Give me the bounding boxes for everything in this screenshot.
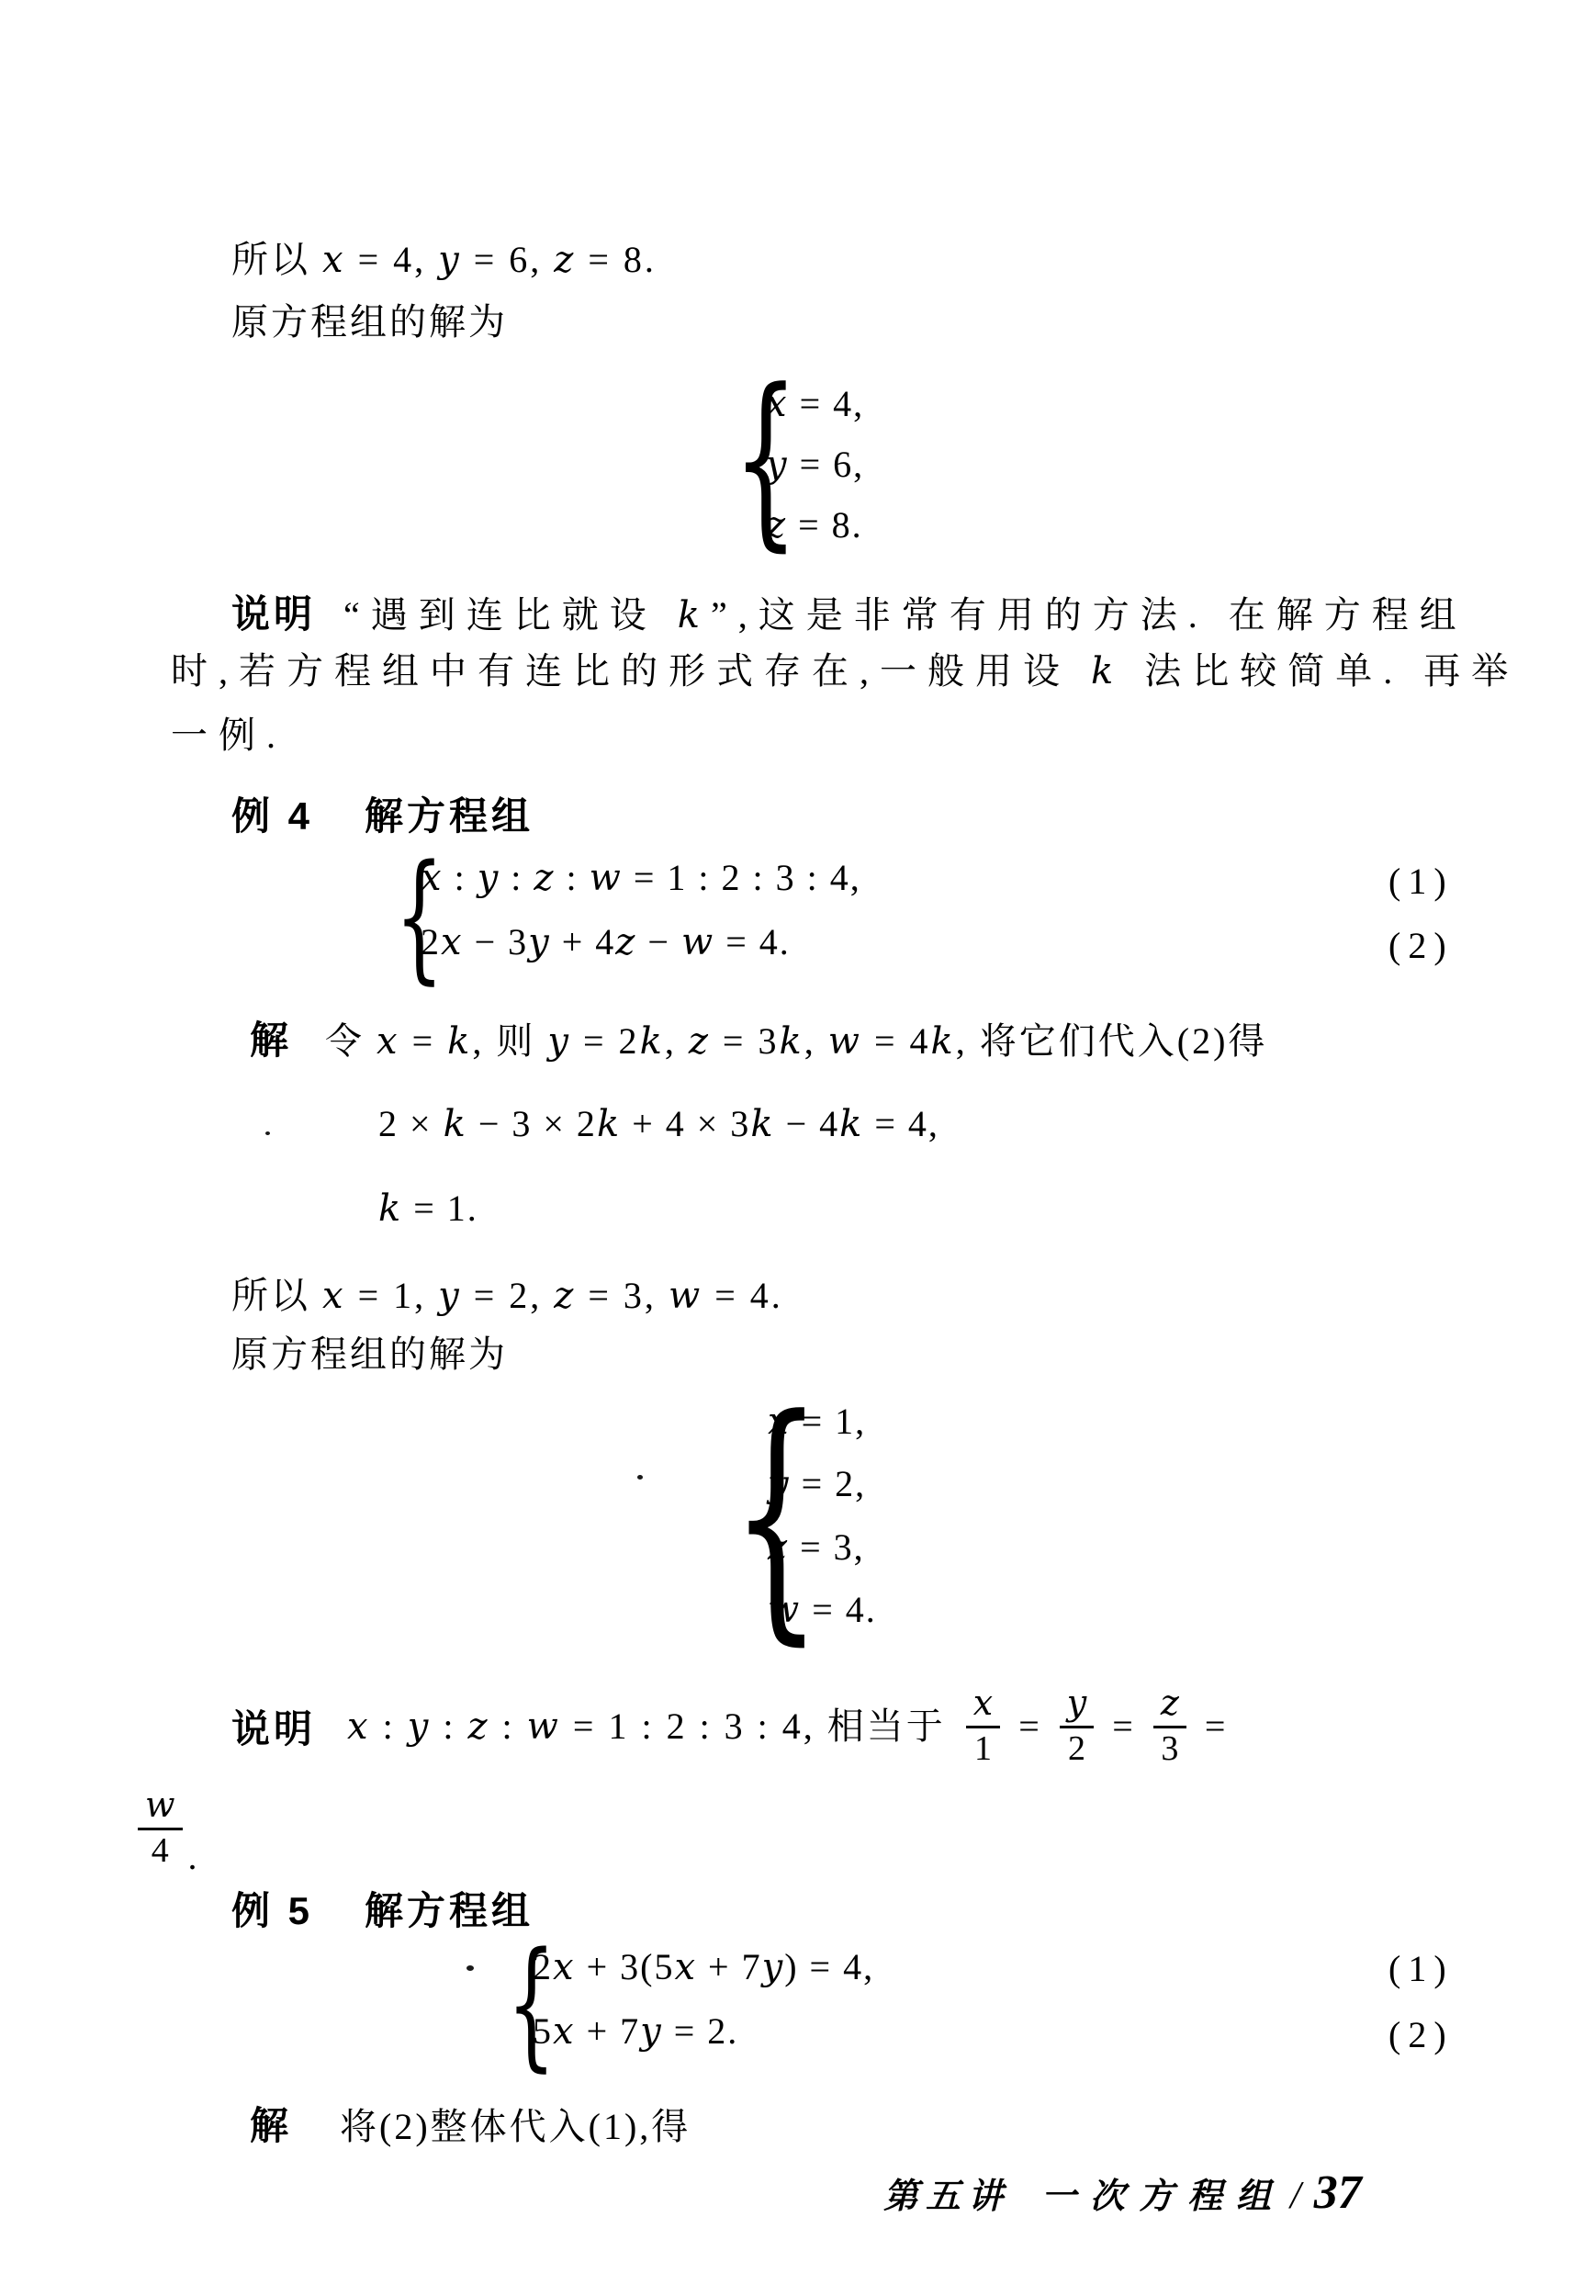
system-row: z = 3, [768,1525,865,1570]
note-label: 说明 [231,584,316,639]
equation-row: 2x + 3(5x + 7y) = 4, [533,1945,874,1989]
equals-sign: = [1018,1705,1041,1749]
solve-text: 将(2)整体代入(1),得 [340,2104,691,2150]
note-paragraph-line2: 时,若方程组中有连比的形式存在,一般用设 k 法比较简单. 再举 [171,648,1519,694]
page-footer: 第五讲 一次方程组 / 37 [883,2166,1362,2220]
example4-title: 解方程组 [365,786,534,841]
example4-heading: 例 4 解方程组 [231,786,534,841]
note-text: “遇到连比就设 k”,这是非常有用的方法. 在解方程组 [343,592,1467,638]
footer-separator: / [1290,2174,1301,2218]
fraction-y-over-2: y 2 [1060,1685,1094,1768]
ratio-continuation-line: w 4 . [138,1778,199,1879]
solution-step-line: 解 令 x = k, 则 y = 2k, z = 3k, w = 4k, 将它们… [250,1010,1267,1065]
equation-row: x : y : z : w = 1 : 2 : 3 : 4, [421,856,861,900]
solution-intro-line: 原方程组的解为 [231,299,508,345]
scan-speck [637,1475,643,1480]
solution-line-xyz: 所以 x = 4, y = 6, z = 8. [231,237,657,283]
equals-sign: = [1205,1705,1228,1749]
note-paragraph-line1: 说明 “遇到连比就设 k”,这是非常有用的方法. 在解方程组 [231,584,1467,639]
fraction-denominator: 4 [138,1830,183,1870]
k-result-equation: k = 1. [378,1187,478,1231]
equation-number: (1) [1388,860,1454,903]
footer-title: 一次方程组 [1041,2167,1285,2218]
solution-intro-line: 原方程组的解为 [231,1332,508,1378]
system-row: y = 6, [766,443,864,487]
fraction-denominator: 1 [966,1728,1000,1768]
ratio-text: x : y : z : w = 1 : 2 : 3 : 4, 相当于 [347,1704,946,1750]
fraction-x-over-1: x 1 [966,1685,1000,1768]
scanned-textbook-page: 所以 x = 4, y = 6, z = 8. 原方程组的解为 { x = 4,… [0,0,1596,2296]
system-row: z = 8. [766,503,863,547]
solve-label: 解 [250,2096,292,2151]
equation-row: 5x + 7y = 2. [533,2009,738,2054]
substitution-equation: 2 × k − 3 × 2k + 4 × 3k − 4k = 4, [378,1102,939,1146]
note-label: 说明 [231,1699,316,1754]
example5-heading: 例 5 解方程组 [231,1881,534,1936]
fraction-numerator: y [1060,1685,1094,1728]
equation-number: (2) [1388,924,1454,967]
solution-line-xyzw: 所以 x = 1, y = 2, z = 3, w = 4. [231,1273,783,1319]
system-row: x = 1, [768,1400,866,1444]
system-row: y = 2, [768,1462,866,1506]
note-paragraph-line3: 一例. [171,713,287,759]
fraction-numerator: x [966,1685,1000,1728]
fraction-denominator: 3 [1153,1728,1186,1768]
fraction-w-over-4: w 4 [138,1787,183,1870]
equals-sign: = [1112,1705,1135,1749]
fraction-numerator: z [1153,1685,1186,1728]
example5-label: 例 5 [231,1881,313,1936]
solution-step-line: 解 将(2)整体代入(1),得 [250,2096,691,2151]
solve-label: 解 [250,1010,292,1065]
footer-chapter: 第五讲 [883,2167,1010,2218]
fraction-denominator: 2 [1060,1728,1094,1768]
system-row: w = 4. [768,1588,877,1632]
scan-speck [466,1965,474,1971]
equation-number: (1) [1388,1947,1454,1990]
equation-number: (2) [1388,2013,1454,2056]
note-ratio-line: 说明 x : y : z : w = 1 : 2 : 3 : 4, 相当于 x … [231,1673,1227,1780]
equation-row: 2x − 3y + 4z − w = 4. [421,920,791,964]
solve-text: 令 x = k, 则 y = 2k, z = 3k, w = 4k, 将它们代入… [325,1019,1267,1064]
system-row: x = 4, [766,382,864,426]
fraction-numerator: w [138,1787,183,1830]
fraction-z-over-3: z 3 [1153,1685,1186,1768]
example4-label: 例 4 [231,786,313,841]
footer-page-number: 37 [1314,2166,1362,2220]
period: . [188,1835,199,1879]
scan-speck [265,1131,270,1135]
